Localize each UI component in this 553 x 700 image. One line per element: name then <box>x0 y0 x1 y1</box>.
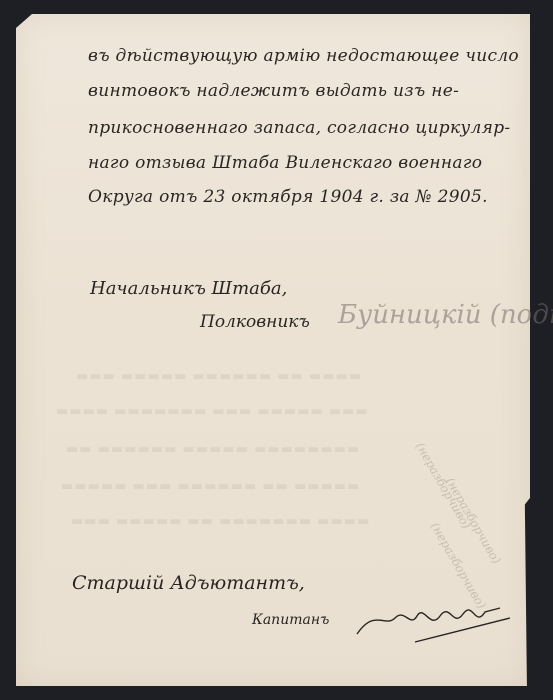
body-line-5: Округа отъ 23 октября 1904 г. за № 2905. <box>88 187 488 207</box>
bleed-through-text: ▬▬▬ ▬▬▬▬▬ ▬▬▬▬▬▬ ▬▬ ▬▬▬▬ <box>76 369 362 384</box>
signatory-2-rank: Капитанъ <box>252 612 329 628</box>
bleed-through-text: ▬▬▬ ▬▬▬▬▬ ▬▬ ▬▬▬▬▬▬▬ ▬▬▬▬ <box>71 514 370 529</box>
signatory-1-rank: Полковникъ <box>200 312 310 332</box>
body-line-1: въ дѣйствующую армію недостающее число <box>88 46 519 66</box>
bleed-through-text: ▬▬▬▬▬ ▬▬▬ ▬▬▬▬▬▬ ▬▬ ▬▬▬▬▬ <box>61 479 360 494</box>
signatory-2-title: Старшій Адъютантъ, <box>72 572 305 594</box>
body-line-4: наго отзыва Штаба Виленскаго военнаго <box>88 153 482 173</box>
signature-1: Буйницкій (подпись) <box>338 300 553 330</box>
signatory-1-title: Начальникъ Штаба, <box>90 278 287 299</box>
bleed-through-text: ▬▬ ▬▬▬▬▬▬ ▬▬▬▬▬ ▬▬▬▬▬▬▬▬ <box>66 442 360 457</box>
bleed-through-text: ▬▬▬▬ ▬▬▬▬▬▬▬ ▬▬▬ ▬▬▬▬▬ ▬▬▬ <box>56 404 369 419</box>
body-line-3: прикосновеннаго запаса, согласно циркуля… <box>88 118 510 138</box>
body-line-2: винтовокъ надлежитъ выдать изъ не- <box>88 81 459 101</box>
signature-2-scribble <box>355 598 515 648</box>
